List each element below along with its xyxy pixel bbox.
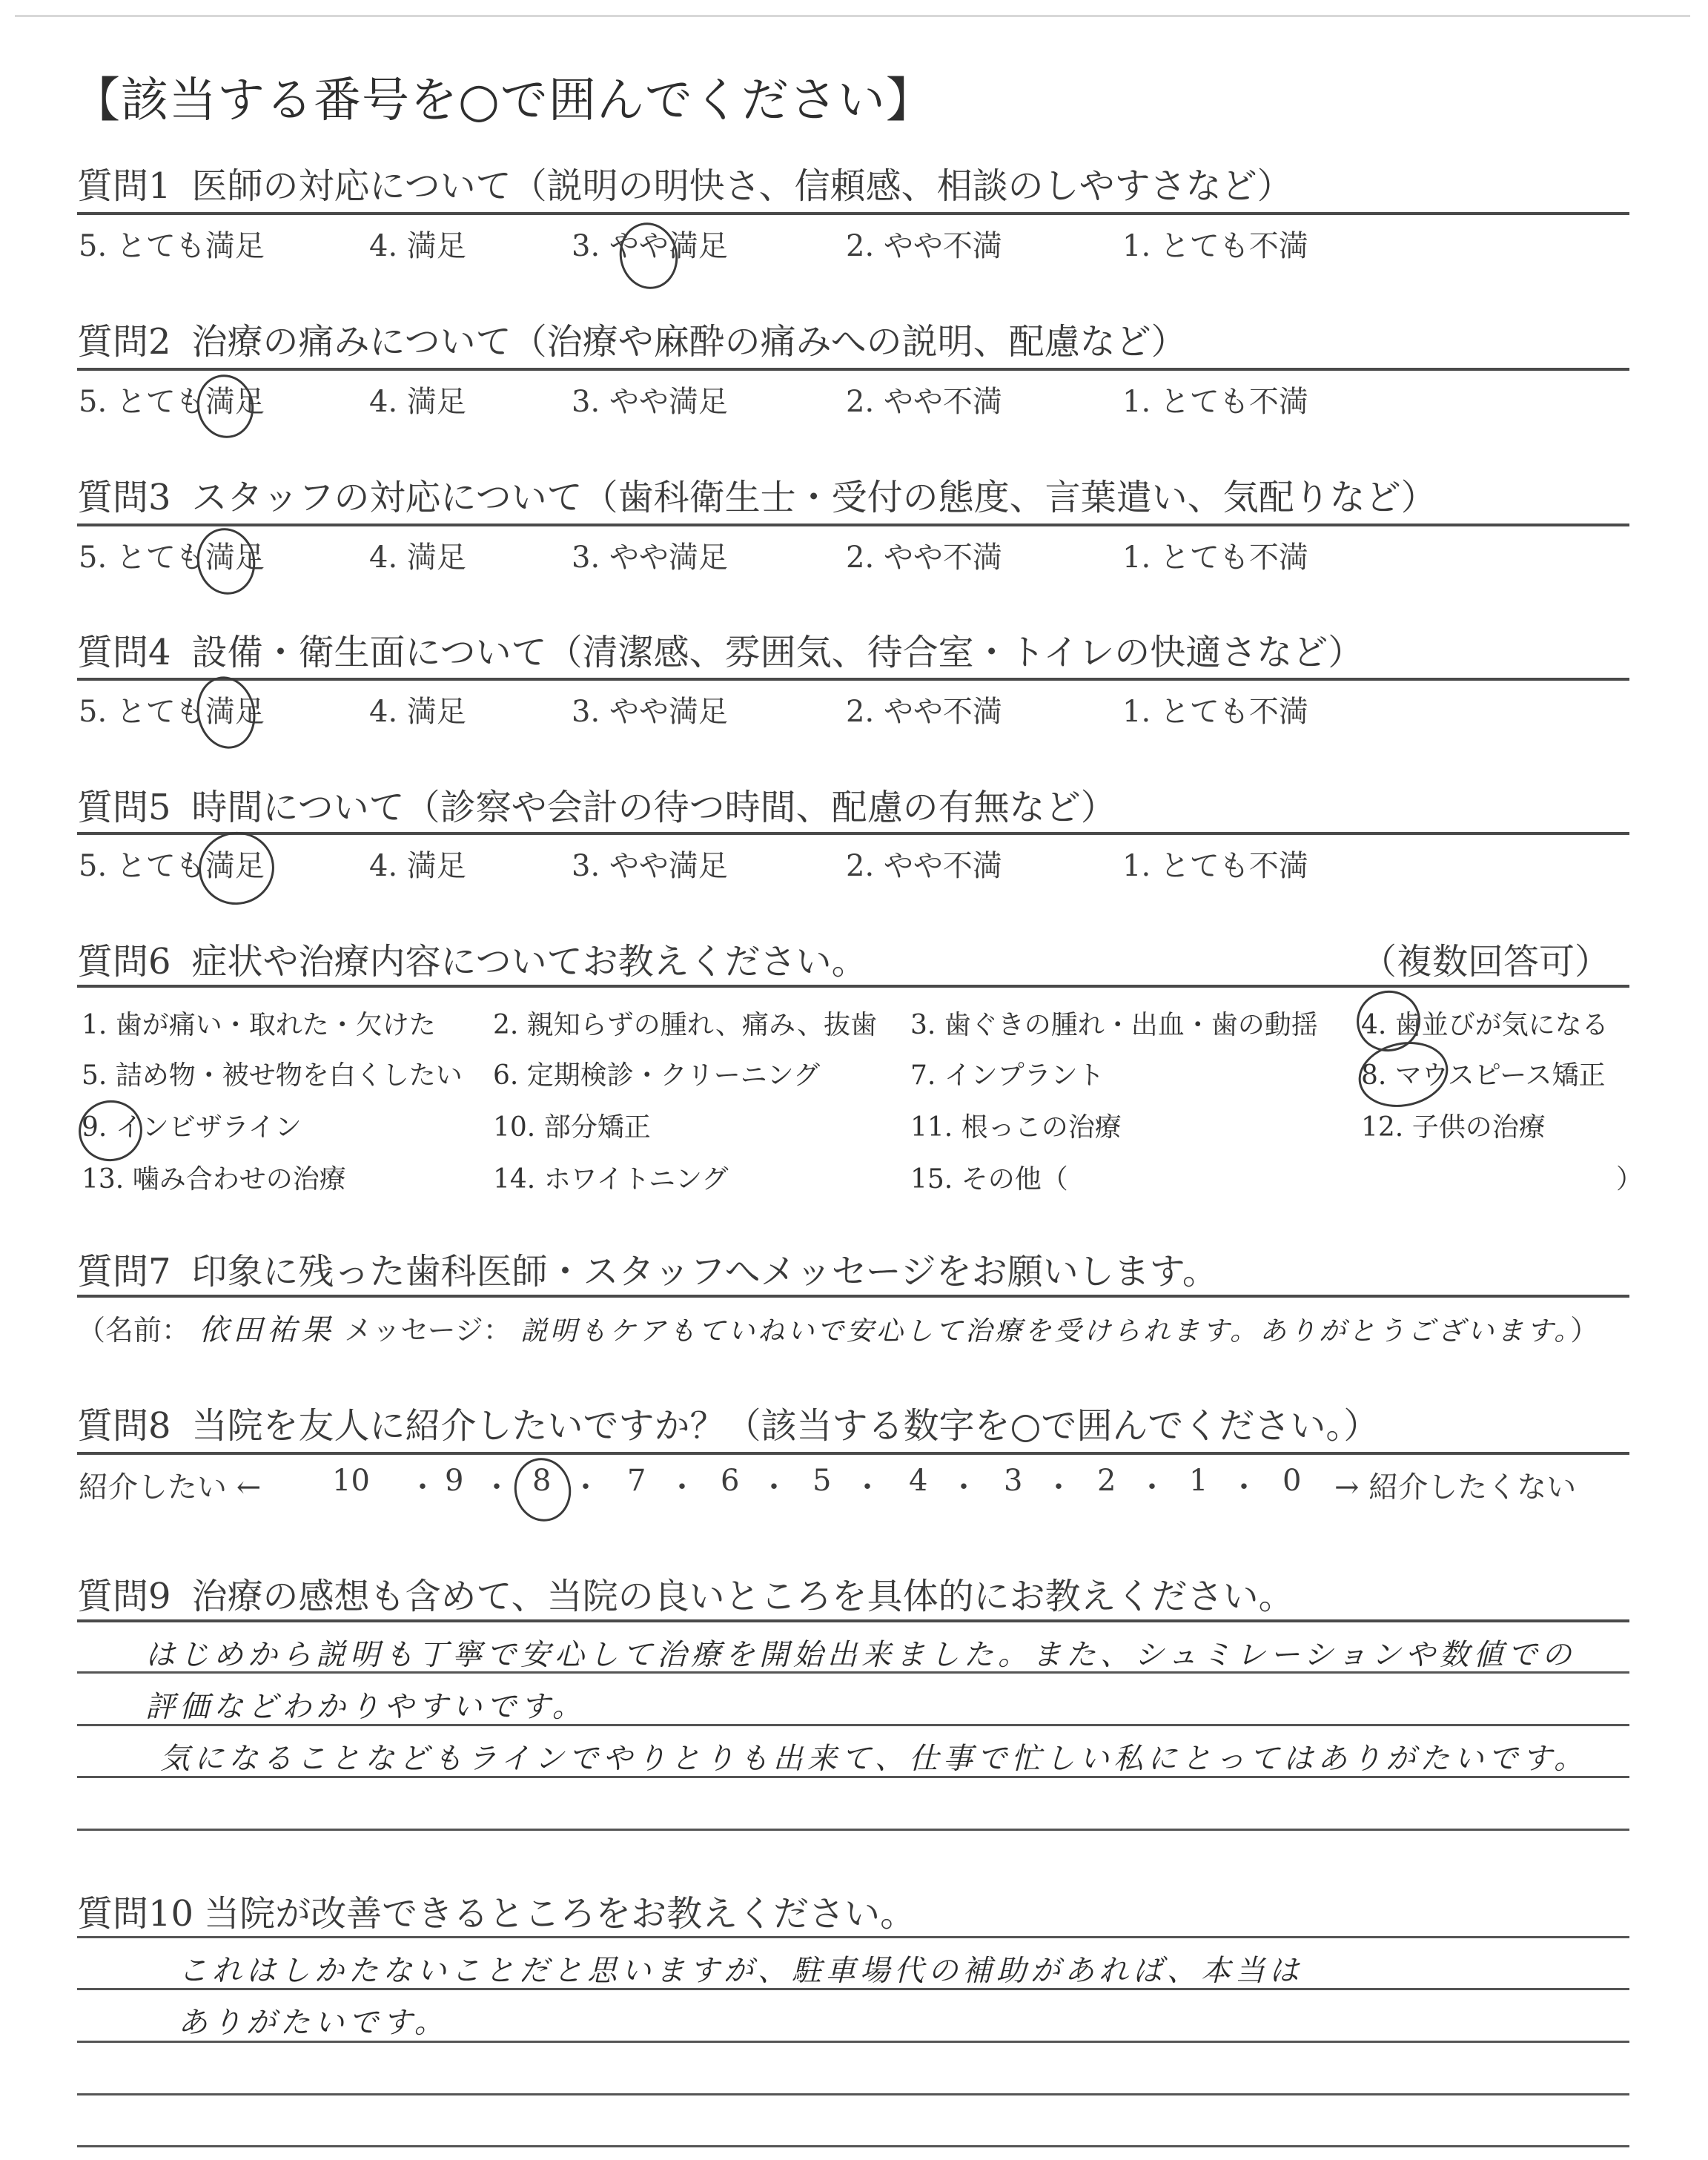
q10-line-rule-1	[77, 1988, 1629, 1990]
q5-option-4[interactable]: 4. 満足	[369, 842, 466, 885]
q8-score-5[interactable]: 5	[812, 1464, 831, 1498]
q8-sep: ・	[571, 1464, 600, 1506]
q8-score-7[interactable]: 7	[627, 1464, 646, 1498]
page-title: 【該当する番号を○で囲んでください】	[73, 62, 934, 131]
q1-option-1[interactable]: 1. とても不満	[1122, 222, 1308, 265]
question-7-number: 質問7	[77, 1251, 171, 1292]
question-4-heading: 質問4設備・衛生面について（清潔感、雰囲気、待合室・トイレの快適さなど）	[77, 624, 1363, 675]
q8-selection-circle	[509, 1453, 577, 1527]
question-8-heading: 質問8当院を友人に紹介したいですか？（該当する数字を○で囲んでください。）	[77, 1397, 1379, 1448]
q2-option-1[interactable]: 1. とても不満	[1122, 378, 1308, 420]
q6-option-1[interactable]: 1. 歯が痛い・取れた・欠けた	[82, 1004, 436, 1042]
question-7-heading: 質問7印象に残った歯科医師・スタッフへメッセージをお願いします。	[77, 1243, 1218, 1294]
question-10-rule	[77, 1936, 1629, 1938]
q1-option-2[interactable]: 2. やや不満	[846, 222, 1002, 265]
q6-selection-circle-8	[1352, 1034, 1454, 1114]
q8-sep: ・	[759, 1464, 789, 1506]
q7-name-label: （名前：	[77, 1314, 190, 1347]
question-2-number: 質問2	[77, 321, 171, 363]
question-9-number: 質問9	[77, 1576, 171, 1617]
question-9-rule	[77, 1619, 1629, 1622]
q10-line-rule-4	[77, 2145, 1629, 2147]
question-5-number: 質問5	[77, 787, 171, 828]
q9-answer-line-1[interactable]: はじめから説明も丁寧で安心して治療を開始出来ました。また、シュミレーションや数値…	[145, 1631, 1576, 1674]
question-5-text: 時間について（診察や会計の待つ時間、配慮の有無など）	[192, 787, 1116, 828]
q6-option-11[interactable]: 11. 根っこの治療	[910, 1106, 1122, 1144]
scan-edge-line	[15, 15, 1690, 17]
question-2-text: 治療の痛みについて（治療や麻酔の痛みへの説明、配慮など）	[192, 321, 1187, 363]
q4-option-4[interactable]: 4. 満足	[369, 688, 466, 730]
question-7-rule	[77, 1295, 1629, 1298]
q3-option-1[interactable]: 1. とても不満	[1122, 534, 1308, 576]
q8-sep: ・	[482, 1464, 512, 1506]
q8-score-3[interactable]: 3	[1004, 1464, 1022, 1498]
q8-sep: ・	[1229, 1464, 1259, 1506]
q9-line-rule-1	[77, 1671, 1629, 1674]
q6-option-6[interactable]: 6. 定期検診・クリーニング	[493, 1054, 820, 1092]
question-1-text: 医師の対応について（説明の明快さ、信頼感、相談のしやすさなど）	[192, 165, 1293, 207]
question-5-rule	[77, 832, 1629, 835]
question-10-number: 質問10	[77, 1893, 193, 1935]
q7-message-value[interactable]: 説明もケアもていねいで安心して治療を受けられます。ありがとうございます。	[520, 1316, 1570, 1347]
q3-option-3[interactable]: 3. やや満足	[572, 534, 728, 576]
q5-selection-circle	[192, 825, 281, 911]
question-3-rule	[77, 524, 1629, 526]
q6-option-7[interactable]: 7. インプラント	[910, 1054, 1105, 1092]
q5-option-2[interactable]: 2. やや不満	[846, 842, 1002, 885]
q9-answer-line-2[interactable]: 評価などわかりやすいです。	[145, 1683, 586, 1725]
q8-sep: ・	[1137, 1464, 1167, 1506]
question-5-heading: 質問5時間について（診察や会計の待つ時間、配慮の有無など）	[77, 779, 1116, 830]
q7-name-value[interactable]: 依田祐果	[199, 1313, 335, 1347]
q2-option-2[interactable]: 2. やや不満	[846, 378, 1002, 420]
question-4-text: 設備・衛生面について（清潔感、雰囲気、待合室・トイレの快適さなど）	[192, 632, 1364, 673]
question-1-number: 質問1	[77, 165, 171, 207]
q8-left-label: 紹介したい ←	[79, 1464, 261, 1506]
question-8-number: 質問8	[77, 1405, 171, 1447]
q8-sep: ・	[408, 1464, 437, 1506]
q7-answer-line: （名前： 依田祐果 メッセージ： 説明もケアもていねいで安心して治療を受けられま…	[77, 1307, 1598, 1349]
q2-option-3[interactable]: 3. やや満足	[572, 378, 728, 420]
question-6-multiple-note: （複数回答可）	[1361, 933, 1610, 984]
question-1-rule	[77, 212, 1629, 215]
q6-option-5[interactable]: 5. 詰め物・被せ物を白くしたい	[82, 1054, 463, 1092]
q6-option-12[interactable]: 12. 子供の治療	[1361, 1106, 1546, 1144]
q6-option-14[interactable]: 14. ホワイトニング	[493, 1158, 728, 1196]
q10-answer-line-1[interactable]: これはしかたないことだと思いますが、駐車場代の補助があれば、本当は	[178, 1947, 1303, 1989]
q2-option-4[interactable]: 4. 満足	[369, 378, 466, 420]
q6-other-close-paren: ）	[1616, 1158, 1643, 1196]
q4-selection-circle	[191, 671, 262, 754]
q8-score-6[interactable]: 6	[721, 1464, 739, 1498]
question-3-text: スタッフの対応について（歯科衛生士・受付の態度、言葉遣い、気配りなど）	[192, 477, 1437, 518]
q4-option-1[interactable]: 1. とても不満	[1122, 688, 1308, 730]
q8-right-label: → 紹介したくない	[1334, 1464, 1576, 1506]
question-6-rule	[77, 985, 1629, 988]
question-9-text: 治療の感想も含めて、当院の良いところを具体的にお教えください。	[192, 1576, 1294, 1617]
q8-sep: ・	[949, 1464, 979, 1506]
q9-answer-line-3[interactable]: 気になることなどもラインでやりとりも出来て、仕事で忙しい私にとってはありがたいで…	[160, 1735, 1588, 1777]
q8-sep: ・	[853, 1464, 882, 1506]
question-6-number: 質問6	[77, 941, 171, 982]
q8-score-2[interactable]: 2	[1097, 1464, 1116, 1498]
q1-option-4[interactable]: 4. 満足	[369, 222, 466, 265]
q10-answer-line-2[interactable]: ありがたいです。	[178, 1999, 448, 2041]
question-10-text: 当院が改善できるところをお教えください。	[204, 1893, 916, 1935]
q6-selection-circle-9	[73, 1094, 148, 1167]
q8-score-9[interactable]: 9	[445, 1464, 463, 1498]
q8-sep: ・	[667, 1464, 697, 1506]
q8-score-10[interactable]: 10	[332, 1464, 370, 1498]
q8-score-1[interactable]: 1	[1189, 1464, 1208, 1498]
q1-option-5[interactable]: 5. とても満足	[79, 222, 265, 265]
q8-score-0[interactable]: 0	[1282, 1464, 1301, 1498]
q4-option-3[interactable]: 3. やや満足	[572, 688, 728, 730]
q3-option-4[interactable]: 4. 満足	[369, 534, 466, 576]
question-4-number: 質問4	[77, 632, 171, 673]
q5-option-3[interactable]: 3. やや満足	[572, 842, 728, 885]
q6-option-13[interactable]: 13. 噛み合わせの治療	[82, 1158, 346, 1196]
q10-line-rule-2	[77, 2041, 1629, 2043]
question-1-heading: 質問1医師の対応について（説明の明快さ、信頼感、相談のしやすさなど）	[77, 157, 1293, 208]
q10-line-rule-3	[77, 2093, 1629, 2095]
question-4-rule	[77, 678, 1629, 681]
q5-option-1[interactable]: 1. とても不満	[1122, 842, 1308, 885]
question-10-heading: 質問10当院が改善できるところをお教えください。	[77, 1885, 916, 1936]
question-6-heading: 質問6症状や治療内容についてお教えください。	[77, 933, 867, 984]
question-3-heading: 質問3スタッフの対応について（歯科衛生士・受付の態度、言葉遣い、気配りなど）	[77, 469, 1437, 520]
q3-option-2[interactable]: 2. やや不満	[846, 534, 1002, 576]
question-6-text: 症状や治療内容についてお教えください。	[192, 941, 867, 982]
question-8-rule	[77, 1452, 1629, 1455]
question-8-text: 当院を友人に紹介したいですか？（該当する数字を○で囲んでください。）	[192, 1405, 1380, 1447]
question-2-heading: 質問2治療の痛みについて（治療や麻酔の痛みへの説明、配慮など）	[77, 313, 1187, 364]
question-2-rule	[77, 368, 1629, 371]
q6-option-10[interactable]: 10. 部分矯正	[493, 1106, 651, 1144]
q4-option-2[interactable]: 2. やや不満	[846, 688, 1002, 730]
q7-close-paren: ）	[1570, 1314, 1598, 1347]
q6-option-3[interactable]: 3. 歯ぐきの腫れ・出血・歯の動揺	[910, 1004, 1318, 1042]
q6-option-15-other[interactable]: 15. その他（	[910, 1158, 1068, 1196]
q9-line-rule-2	[77, 1724, 1629, 1726]
question-3-number: 質問3	[77, 477, 171, 518]
q8-score-4[interactable]: 4	[909, 1464, 927, 1498]
q8-sep: ・	[1044, 1464, 1073, 1506]
q9-line-rule-4	[77, 1829, 1629, 1831]
q9-line-rule-3	[77, 1776, 1629, 1778]
question-7-text: 印象に残った歯科医師・スタッフへメッセージをお願いします。	[192, 1251, 1218, 1292]
question-9-heading: 質問9治療の感想も含めて、当院の良いところを具体的にお教えください。	[77, 1568, 1294, 1619]
q7-message-label: メッセージ：	[344, 1314, 512, 1347]
q6-option-2[interactable]: 2. 親知らずの腫れ、痛み、抜歯	[493, 1004, 877, 1042]
